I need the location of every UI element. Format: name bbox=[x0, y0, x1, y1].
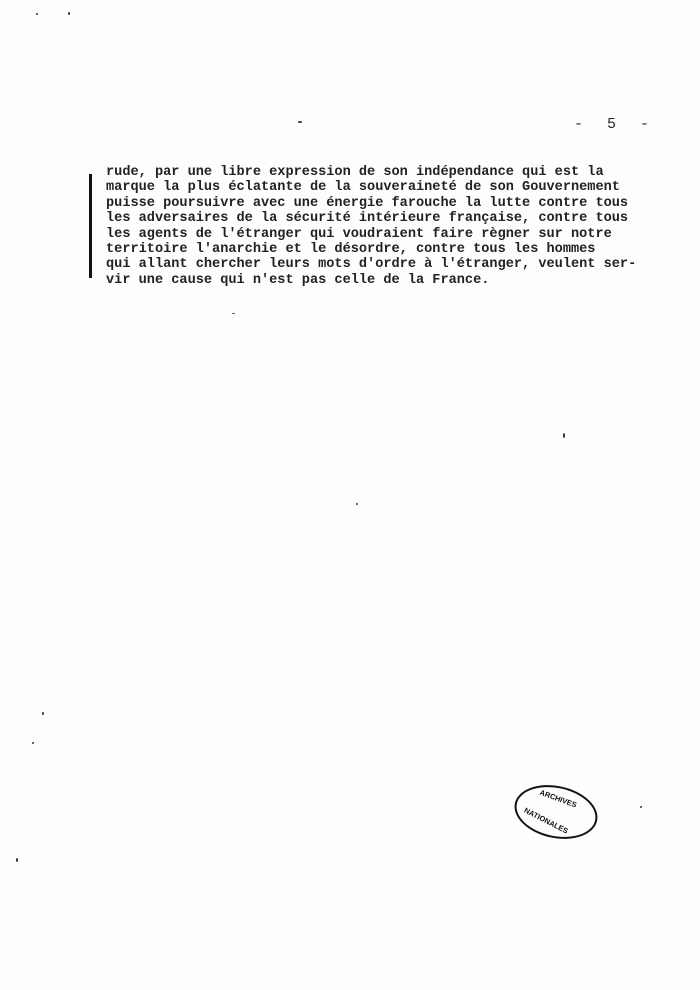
scan-speck bbox=[68, 12, 70, 15]
text-line: rude, par une libre expression de son in… bbox=[106, 165, 666, 180]
text-line: puisse poursuivre avec une énergie farou… bbox=[106, 196, 666, 211]
scan-speck bbox=[232, 313, 235, 314]
scan-speck bbox=[563, 433, 565, 438]
stamp-top-text: ARCHIVES bbox=[538, 788, 578, 810]
scan-speck bbox=[36, 13, 38, 15]
text-line: territoire l'anarchie et le désordre, co… bbox=[106, 242, 666, 257]
scan-speck bbox=[42, 712, 44, 715]
text-line: les adversaires de la sécurité intérieur… bbox=[106, 211, 666, 226]
text-line: les agents de l'étranger qui voudraient … bbox=[106, 227, 666, 242]
scan-speck bbox=[16, 858, 18, 862]
document-page: - 5 - rude, par une libre expression de … bbox=[0, 0, 700, 990]
scan-speck bbox=[356, 503, 358, 505]
scan-speck bbox=[32, 742, 34, 744]
text-line: marque la plus éclatante de la souverain… bbox=[106, 180, 666, 195]
text-line: qui allant chercher leurs mots d'ordre à… bbox=[106, 257, 666, 272]
paragraph: rude, par une libre expression de son in… bbox=[106, 165, 666, 288]
page-number: - 5 - bbox=[574, 116, 651, 133]
text-line: vir une cause qui n'est pas celle de la … bbox=[106, 273, 666, 288]
scan-speck bbox=[298, 121, 302, 123]
archives-nationales-stamp: ARCHIVES NATIONALES bbox=[510, 778, 603, 846]
stamp-bottom-text: NATIONALES bbox=[523, 806, 570, 836]
margin-mark bbox=[89, 174, 92, 278]
scan-speck bbox=[640, 806, 642, 808]
